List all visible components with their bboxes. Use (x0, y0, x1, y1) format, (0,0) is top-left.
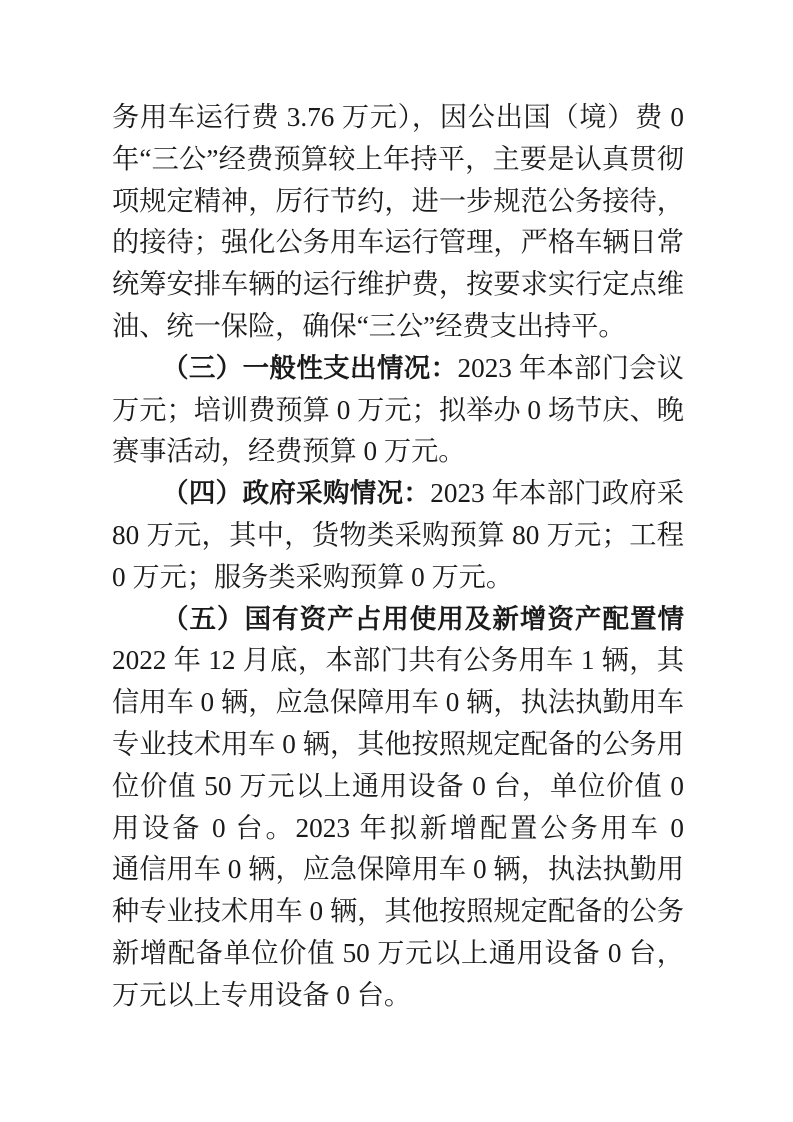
text-line: 赛事活动，经费预算 0 万元。 (112, 431, 684, 473)
heading-run: （五）国有资产占用使用及新增资产配置情况： (112, 604, 684, 641)
text-run: 种专业技术用车 0 辆，其他按照规定配备的公务用车 0 辆； (112, 896, 684, 933)
text-run: 新增配备单位价值 50 万元以上通用设备 0 台，单位价值 100 (112, 938, 684, 975)
text-line: 新增配备单位价值 50 万元以上通用设备 0 台，单位价值 100 (112, 933, 684, 975)
text-run: 统筹安排车辆的运行维护费，按要求实行定点维修、定点加 (112, 269, 684, 306)
text-line: 年“三公”经费预算较上年持平，主要是认真贯彻落实中央八 (112, 139, 684, 181)
text-line: 务用车运行费 3.76 万元），因公出国（境）费 0 万元。2023 (112, 97, 684, 139)
text-line: 80 万元，其中，货物类采购预算 80 万元；工程类采购预算 (112, 515, 684, 557)
text-line: 2022 年 12 月底，本部门共有公务用车 1 辆，其中，机要通 (112, 640, 684, 682)
text-line: （三）一般性支出情况：2023 年本部门会议费预算 0 (112, 348, 684, 390)
text-line: 专业技术用车 0 辆，其他按照规定配备的公务用车 1 辆；单 (112, 724, 684, 766)
text-run: 务用车运行费 3.76 万元），因公出国（境）费 0 万元。2023 (112, 102, 684, 139)
heading-run: （三）一般性支出情况： (162, 353, 458, 383)
text-run: 项规定精神，厉行节约，进一步规范公务接待，杜绝不必要 (112, 186, 684, 223)
text-run: 通信用车 0 辆，应急保障用车 0 辆，执法执勤用车 0 辆，特 (112, 854, 684, 891)
text-run: 赛事活动，经费预算 0 万元。 (112, 436, 465, 466)
para-state-assets: （五）国有资产占用使用及新增资产配置情况：截至2022 年 12 月底，本部门共… (112, 599, 684, 1017)
heading-run: （四）政府采购情况： (162, 478, 430, 508)
text-line: 油、统一保险，确保“三公”经费支出持平。 (112, 306, 684, 348)
text-line: 通信用车 0 辆，应急保障用车 0 辆，执法执勤用车 0 辆，特 (112, 849, 684, 891)
text-run: 0 万元；服务类采购预算 0 万元。 (112, 562, 513, 592)
text-run: 万元以上专用设备 0 台。 (112, 980, 411, 1010)
text-run: 2022 年 12 月底，本部门共有公务用车 1 辆，其中，机要通 (112, 645, 684, 682)
text-line: 信用车 0 辆，应急保障用车 0 辆，执法执勤用车 0 辆，特种 (112, 682, 684, 724)
text-run: 80 万元，其中，货物类采购预算 80 万元；工程类采购预算 (112, 520, 684, 557)
text-run: 的接待；强化公务用车运行管理，严格车辆日常维修审批， (112, 227, 684, 264)
para-three-public-funds-continued: 务用车运行费 3.76 万元），因公出国（境）费 0 万元。2023年“三公”经… (112, 97, 684, 348)
text-line: 的接待；强化公务用车运行管理，严格车辆日常维修审批， (112, 222, 684, 264)
para-general-expenses: （三）一般性支出情况：2023 年本部门会议费预算 0万元；培训费预算 0 万元… (112, 348, 684, 473)
text-run: 用设备 0 台。2023 年拟新增配置公务用车 0 辆，其中，机要 (112, 813, 684, 850)
text-line: （五）国有资产占用使用及新增资产配置情况：截至 (112, 599, 684, 641)
document-page: 务用车运行费 3.76 万元），因公出国（境）费 0 万元。2023年“三公”经… (0, 0, 793, 1122)
text-line: 万元以上专用设备 0 台。 (112, 975, 684, 1017)
text-run: 信用车 0 辆，应急保障用车 0 辆，执法执勤用车 0 辆，特种 (112, 687, 684, 724)
document-body: 务用车运行费 3.76 万元），因公出国（境）费 0 万元。2023年“三公”经… (112, 97, 684, 1017)
text-line: 用设备 0 台。2023 年拟新增配置公务用车 0 辆，其中，机要 (112, 808, 684, 850)
para-government-procurement: （四）政府采购情况：2023 年本部门政府采购预算总额80 万元，其中，货物类采… (112, 473, 684, 598)
text-run: 年“三公”经费预算较上年持平，主要是认真贯彻落实中央八 (112, 144, 684, 181)
text-run: 专业技术用车 0 辆，其他按照规定配备的公务用车 1 辆；单 (112, 729, 684, 766)
text-line: 种专业技术用车 0 辆，其他按照规定配备的公务用车 0 辆； (112, 891, 684, 933)
text-run: 油、统一保险，确保“三公”经费支出持平。 (112, 311, 626, 341)
text-line: 统筹安排车辆的运行维护费，按要求实行定点维修、定点加 (112, 264, 684, 306)
text-line: （四）政府采购情况：2023 年本部门政府采购预算总额 (112, 473, 684, 515)
text-line: 项规定精神，厉行节约，进一步规范公务接待，杜绝不必要 (112, 181, 684, 223)
text-line: 万元；培训费预算 0 万元；拟举办 0 场节庆、晚会、论坛、 (112, 390, 684, 432)
text-line: 位价值 50 万元以上通用设备 0 台，单位价值 0 万元以上专 (112, 766, 684, 808)
text-run: 位价值 50 万元以上通用设备 0 台，单位价值 0 万元以上专 (112, 771, 684, 808)
text-line: 0 万元；服务类采购预算 0 万元。 (112, 557, 684, 599)
text-run: 万元；培训费预算 0 万元；拟举办 0 场节庆、晚会、论坛、 (112, 395, 684, 432)
